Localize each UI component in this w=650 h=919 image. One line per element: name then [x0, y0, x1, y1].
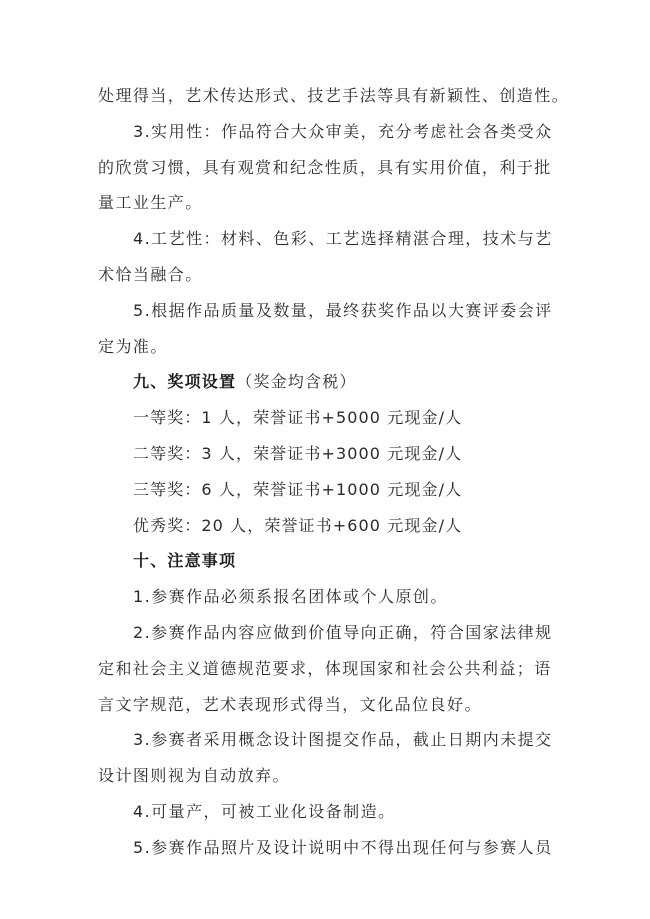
note-item-4-line-1: 4.可量产，可被工业化设备制造。 — [98, 794, 554, 830]
criterion-practicality-line-1: 3.实用性：作品符合大众审美，充分考虑社会各类受众 — [98, 114, 554, 150]
prize-first: 一等奖：1 人，荣誉证书+5000 元现金/人 — [98, 400, 554, 436]
note-item-1-line-1: 1.参赛作品必须系报名团体或个人原创。 — [98, 579, 554, 615]
criteria-continuation-line: 处理得当，艺术传达形式、技艺手法等具有新颖性、创造性。 — [98, 78, 554, 114]
note-item-3-line-2: 设计图则视为自动放弃。 — [98, 758, 554, 794]
note-item-2-line-2: 定和社会主义道德规范要求，体现国家和社会公共利益；语 — [98, 651, 554, 687]
note-item-5-line-1: 5.参赛作品照片及设计说明中不得出现任何与参赛人员 — [98, 830, 554, 866]
criterion-practicality-line-2: 的欣赏习惯，具有观赏和纪念性质，具有实用价值，利于批 — [98, 150, 554, 186]
criterion-craftsmanship-line-2: 术恰当融合。 — [98, 257, 554, 293]
criterion-final-judgement-line-2: 定为准。 — [98, 329, 554, 365]
note-item-2-line-3: 言文字规范，艺术表现形式得当，文化品位良好。 — [98, 687, 554, 723]
note-item-2-line-1: 2.参赛作品内容应做到价值导向正确，符合国家法律规 — [98, 615, 554, 651]
criterion-practicality-line-3: 量工业生产。 — [98, 185, 554, 221]
prize-excellence: 优秀奖：20 人，荣誉证书+600 元现金/人 — [98, 508, 554, 544]
criterion-craftsmanship-line-1: 4.工艺性：材料、色彩、工艺选择精湛合理，技术与艺 — [98, 221, 554, 257]
criterion-final-judgement-line-1: 5.根据作品质量及数量，最终获奖作品以大赛评委会评 — [98, 293, 554, 329]
section-awards-note: （奖金均含税） — [236, 372, 356, 391]
prize-second: 二等奖：3 人，荣誉证书+3000 元现金/人 — [98, 436, 554, 472]
prize-third: 三等奖：6 人，荣誉证书+1000 元现金/人 — [98, 472, 554, 508]
section-notes-heading: 十、注意事项 — [98, 543, 554, 579]
section-awards-heading: 九、奖项设置（奖金均含税） — [98, 364, 554, 400]
section-awards-title: 九、奖项设置 — [133, 372, 236, 391]
note-item-3-line-1: 3.参赛者采用概念设计图提交作品，截止日期内未提交 — [98, 722, 554, 758]
document-page: 处理得当，艺术传达形式、技艺手法等具有新颖性、创造性。 3.实用性：作品符合大众… — [98, 78, 554, 866]
